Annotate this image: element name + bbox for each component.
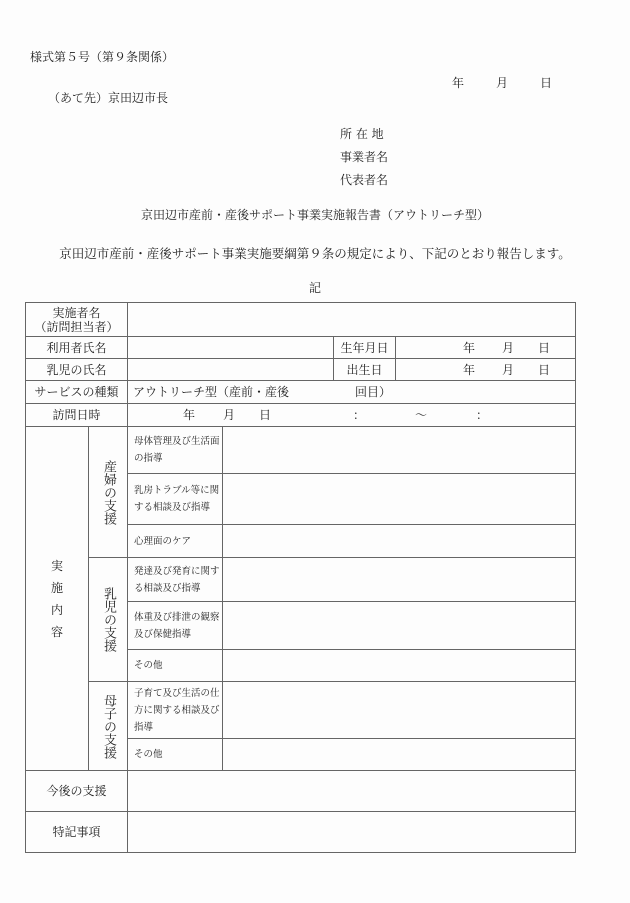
user-birth-month: 月 [502,341,514,355]
infant-birth-year: 年 [463,363,475,377]
item-breast-trouble-label: 乳房トラブル等に関する相談及び指導 [128,474,222,524]
item-childcare-living-input[interactable] [223,682,575,738]
group-infant-support: 乳児の支援 [89,558,127,681]
content-label: 実 施 内 容 [26,427,88,770]
visit-datetime-input[interactable]: 年 月 日 ： 〜 ： [128,404,575,426]
implementer-label: 実施者名（訪問担当者） [26,303,127,336]
content-label-char: 施 [51,581,63,595]
item-infant-other-label: その他 [128,650,222,681]
item-psychological-care-label: 心理面のケア [128,525,222,557]
item-mother-child-other-label: その他 [128,739,222,770]
user-name-label: 利用者氏名 [26,337,127,358]
special-notes-label: 特記事項 [26,812,127,852]
item-childcare-living-label: 子育て及び生活の仕方に関する相談及び指導 [128,682,222,738]
user-name-input[interactable] [128,337,333,358]
item-psychological-care-input[interactable] [223,525,575,557]
group-mother-support: 産婦の支援 [89,427,127,557]
infant-birthdate-label: 出生日 [334,359,395,380]
future-support-label: 今後の支援 [26,771,127,811]
implementer-input[interactable] [128,303,575,336]
content-label-char: 内 [51,603,63,617]
content-label-char: 容 [51,625,63,639]
user-birth-day: 日 [538,341,550,355]
implementer-label-line2: （訪問担当者） [34,320,118,334]
item-development-label: 発達及び発育に関する相談及び指導 [128,558,222,601]
service-type-value: アウトリーチ型（産前・産後 [133,385,289,399]
visit-year: 年 [183,408,195,422]
item-mother-child-other-input[interactable] [223,739,575,770]
item-weight-excretion-label: 体重及び排泄の観察及び保健指導 [128,602,222,649]
special-notes-input[interactable] [128,812,575,852]
user-birthdate-label: 生年月日 [334,337,395,358]
infant-name-label: 乳児の氏名 [26,359,127,380]
visit-end-colon: ： [476,408,488,422]
group-infant-support-label: 乳児の支援 [101,587,115,652]
item-maternal-management-label: 母体管理及び生活面の指導 [128,427,222,473]
content-label-char: 実 [51,559,63,573]
item-development-input[interactable] [223,558,575,601]
user-birth-year: 年 [463,341,475,355]
visit-month: 月 [223,408,235,422]
service-type-label: サービスの種類 [26,381,127,403]
group-mother-support-label: 産婦の支援 [101,460,115,525]
infant-birthdate-input[interactable]: 年 月 日 [396,359,575,380]
visit-datetime-label: 訪問日時 [26,404,127,426]
item-breast-trouble-input[interactable] [223,474,575,524]
service-type-input[interactable]: アウトリーチ型（産前・産後 回目） [128,381,575,403]
group-mother-child-support-label: 母子の支援 [101,694,115,759]
visit-tilde: 〜 [415,408,427,422]
item-weight-excretion-input[interactable] [223,602,575,649]
user-birthdate-input[interactable]: 年 月 日 [396,337,575,358]
item-maternal-management-input[interactable] [223,427,575,473]
visit-start-colon: ： [353,408,365,422]
service-type-count-suffix: 回目） [355,385,391,399]
infant-name-input[interactable] [128,359,333,380]
item-infant-other-input[interactable] [223,650,575,681]
visit-day: 日 [259,408,271,422]
infant-birth-month: 月 [502,363,514,377]
future-support-input[interactable] [128,771,575,811]
implementer-label-line1: 実施者名 [34,306,118,320]
group-mother-child-support: 母子の支援 [89,682,127,770]
infant-birth-day: 日 [538,363,550,377]
